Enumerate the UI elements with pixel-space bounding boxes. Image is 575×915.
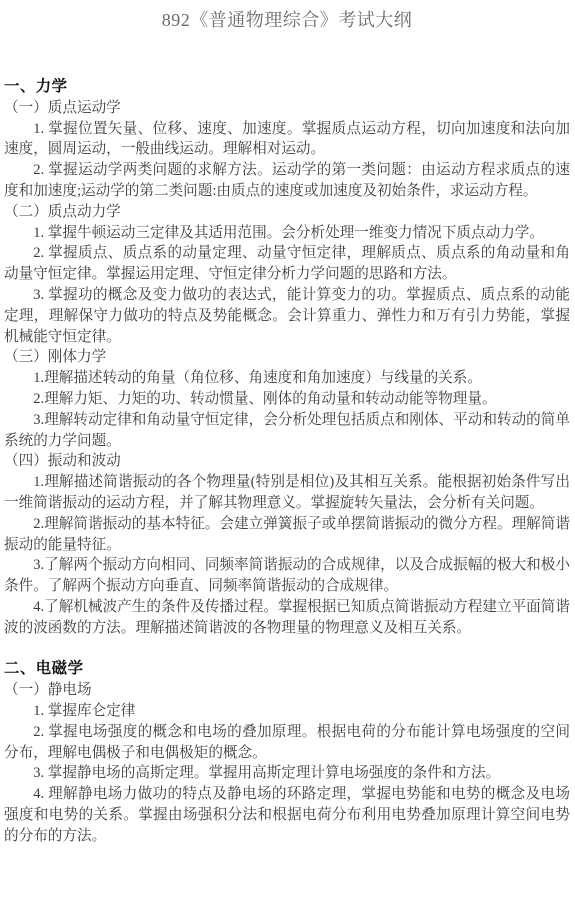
syllabus-item: 2.理解简谐振动的基本特征。会建立弹簧振子或单摆简谐振动的微分方程。理解简谐振动… (4, 514, 570, 556)
document-title: 892《普通物理综合》考试大纲 (4, 9, 570, 31)
syllabus-item: 3. 掌握静电场的高斯定理。掌握用高斯定理计算电场强度的条件和方法。 (4, 763, 570, 784)
subsection-heading-particle-dynamics: （二）质点动力学 (4, 202, 570, 223)
document-body: 一、力学 （一）质点运动学 1. 掌握位置矢量、位移、速度、加速度。掌握质点运动… (4, 77, 570, 846)
subsection-heading-rigid-body: （三）刚体力学 (4, 347, 570, 368)
section-heading-mechanics: 一、力学 (4, 77, 570, 98)
subsection-heading-electrostatic-field: （一）静电场 (4, 680, 570, 701)
syllabus-item: 3. 掌握功的概念及变力做功的表达式，能计算变力的功。掌握质点、质点系的动能定理… (4, 285, 570, 347)
section-heading-electromagnetism: 二、电磁学 (4, 659, 570, 680)
syllabus-item: 1.理解描述简谐振动的各个物理量(特别是相位)及其相互关系。能根据初始条件写出一… (4, 472, 570, 514)
syllabus-item: 1. 掌握库仑定律 (4, 701, 570, 722)
syllabus-item: 1.理解描述转动的角量（角位移、角速度和角加速度）与线量的关系。 (4, 368, 570, 389)
document-page: 892《普通物理综合》考试大纲 一、力学 （一）质点运动学 1. 掌握位置矢量、… (0, 0, 575, 915)
syllabus-item: 4. 理解静电场力做功的特点及静电场的环路定理，掌握电势能和电势的概念及电场强度… (4, 784, 570, 846)
syllabus-item: 1. 掌握位置矢量、位移、速度、加速度。掌握质点运动方程，切向加速度和法向加速度… (4, 119, 570, 161)
syllabus-item: 3.了解两个振动方向相同、同频率简谐振动的合成规律，以及合成振幅的极大和极小条件… (4, 555, 570, 597)
syllabus-item: 1. 掌握牛顿运动三定律及其适用范围。会分析处理一维变力情况下质点动力学。 (4, 223, 570, 244)
syllabus-item: 2. 掌握电场强度的概念和电场的叠加原理。根据电荷的分布能计算电场强度的空间分布… (4, 722, 570, 764)
syllabus-item: 2.理解力矩、力矩的功、转动惯量、刚体的角动量和转动动能等物理量。 (4, 389, 570, 410)
syllabus-item: 2. 掌握质点、质点系的动量定理、动量守恒定律，理解质点、质点系的角动量和角动量… (4, 243, 570, 285)
subsection-heading-particle-kinematics: （一）质点运动学 (4, 98, 570, 119)
syllabus-item: 2. 掌握运动学两类问题的求解方法。运动学的第一类问题：由运动方程求质点的速度和… (4, 160, 570, 202)
syllabus-item: 4.了解机械波产生的条件及传播过程。掌握根据已知质点简谐振动方程建立平面简谐波的… (4, 597, 570, 639)
subsection-heading-oscillation-waves: （四）振动和波动 (4, 451, 570, 472)
syllabus-item: 3.理解转动定律和角动量守恒定律，会分析处理包括质点和刚体、平动和转动的简单系统… (4, 410, 570, 452)
